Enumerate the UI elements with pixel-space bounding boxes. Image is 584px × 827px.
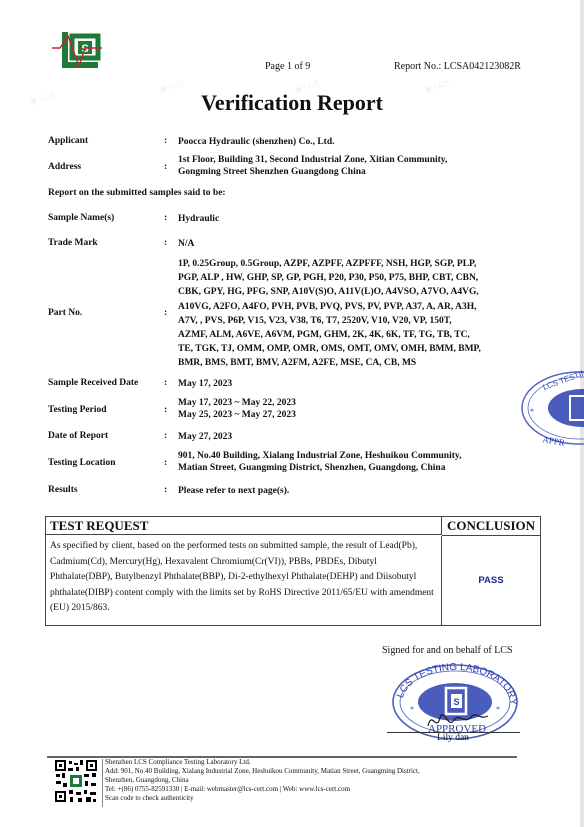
lcs-logo-icon: S bbox=[52, 30, 102, 72]
colon: : bbox=[164, 431, 167, 441]
sample-name-label: Sample Name(s) bbox=[48, 213, 114, 223]
qr-code-icon[interactable] bbox=[54, 759, 98, 803]
testing-location-line: Matian Street, Guangming District, Shenz… bbox=[178, 462, 462, 474]
svg-text:APPR: APPR bbox=[542, 434, 566, 448]
part-no-line: BMR, BMS, BMT, BMV, A2FM, A2FE, MSE, CA,… bbox=[178, 356, 481, 370]
footer-scan: Scan code to check authenticity bbox=[105, 794, 420, 803]
colon: : bbox=[164, 378, 167, 388]
applicant-value: Poocca Hydraulic (shenzhen) Co., Ltd. bbox=[178, 136, 334, 148]
colon: : bbox=[164, 213, 167, 223]
report-number: Report No.: LCSA042123082R bbox=[394, 61, 521, 72]
part-no-line: TE, TGK, TJ, OMM, OMP, OMR, OMS, OMT, OM… bbox=[178, 342, 481, 356]
svg-text:LCS TESTING: LCS TESTING bbox=[542, 368, 584, 392]
part-no-line: A10VG, A2FO, A4FO, PVH, PVB, PVQ, PVS, P… bbox=[178, 300, 481, 314]
svg-text:S: S bbox=[453, 697, 459, 707]
report-page: ▣ LCS ▣ LCS ▣ LCS ▣ LCS S Page 1 of 9 Re… bbox=[0, 0, 584, 827]
results-value: Please refer to next page(s). bbox=[178, 485, 289, 497]
sample-received-label: Sample Received Date bbox=[48, 378, 138, 388]
colon: : bbox=[164, 405, 167, 415]
test-request-header: TEST REQUEST bbox=[46, 517, 442, 535]
page-number: Page 1 of 9 bbox=[265, 61, 310, 72]
applicant-label: Applicant bbox=[48, 136, 88, 146]
testing-location-label: Testing Location bbox=[48, 458, 115, 468]
test-request-text: As specified by client, based on the per… bbox=[46, 536, 442, 625]
colon: : bbox=[164, 308, 167, 318]
part-no-line: CBK, GPY, HG, PFG, SNP, A10V(S)O, A11V(L… bbox=[178, 285, 481, 299]
svg-text:*: * bbox=[496, 705, 500, 714]
approved-stamp-icon: LCS TESTING * APPR bbox=[518, 368, 584, 448]
part-no-value: 1P, 0.25Group, 0.5Group, AZPF, AZPFF, AZ… bbox=[178, 257, 481, 371]
testing-period-line: May 17, 2023 ~ May 22, 2023 bbox=[178, 397, 296, 409]
footer-separator bbox=[102, 759, 103, 807]
testing-period-line: May 25, 2023 ~ May 27, 2023 bbox=[178, 409, 296, 421]
part-no-line: AZMF, ALM, A6VE, A6VM, PGM, GHM, 2K, 4K,… bbox=[178, 328, 481, 342]
report-number-value: LCSA042123082R bbox=[444, 61, 521, 72]
testing-location-line: 901, No.40 Building, Xialang Industrial … bbox=[178, 450, 462, 462]
part-no-label: Part No. bbox=[48, 308, 82, 318]
footer-contact: Tel: +(86) 0755-82591330 | E-mail: webma… bbox=[105, 785, 420, 794]
address-line: Gongming Street Shenzhen Guangdong China bbox=[178, 166, 447, 178]
trade-mark-value: N/A bbox=[178, 238, 194, 250]
address-label: Address bbox=[48, 162, 81, 172]
results-label: Results bbox=[48, 485, 78, 495]
sample-name-value: Hydraulic bbox=[178, 213, 219, 225]
colon: : bbox=[164, 485, 167, 495]
colon: : bbox=[164, 458, 167, 468]
part-no-line: PGP, ALP , HW, GHP, SP, GP, PGH, P20, P3… bbox=[178, 271, 481, 285]
lcs-approved-stamp-icon: S LCS TESTING LABORATORY * * APPROVED bbox=[388, 660, 523, 740]
date-of-report-label: Date of Report bbox=[48, 431, 108, 441]
conclusion-value: PASS bbox=[442, 536, 540, 625]
conclusion-header: CONCLUSION bbox=[442, 517, 540, 536]
page-title: Verification Report bbox=[0, 90, 584, 116]
testing-period-label: Testing Period bbox=[48, 405, 107, 415]
testing-location-value: 901, No.40 Building, Xialang Industrial … bbox=[178, 450, 462, 474]
report-number-label: Report No.: bbox=[394, 61, 441, 72]
date-of-report-value: May 27, 2023 bbox=[178, 431, 232, 443]
footer-company: Shenzhen LCS Compliance Testing Laborato… bbox=[105, 758, 420, 767]
testing-period-value: May 17, 2023 ~ May 22, 2023 May 25, 2023… bbox=[178, 397, 296, 421]
sample-received-value: May 17, 2023 bbox=[178, 378, 232, 390]
footer-address-1: Add: 901, No.40 Building, Xialang Indust… bbox=[105, 767, 420, 776]
footer-text: Shenzhen LCS Compliance Testing Laborato… bbox=[105, 758, 420, 803]
report-on-heading: Report on the submitted samples said to … bbox=[48, 188, 226, 198]
colon: : bbox=[164, 162, 167, 172]
part-no-line: A7V, , PVS, P6P, V15, V23, V38, T6, T7, … bbox=[178, 314, 481, 328]
colon: : bbox=[164, 136, 167, 146]
address-line: 1st Floor, Building 31, Second Industria… bbox=[178, 154, 447, 166]
signer-name: Lily dan bbox=[437, 733, 469, 743]
footer-address-2: Shenzhen, Guangdong, China bbox=[105, 776, 420, 785]
trade-mark-label: Trade Mark bbox=[48, 238, 98, 248]
address-value: 1st Floor, Building 31, Second Industria… bbox=[178, 154, 447, 178]
signed-for-text: Signed for and on behalf of LCS bbox=[382, 645, 513, 656]
svg-text:*: * bbox=[410, 705, 414, 714]
colon: : bbox=[164, 238, 167, 248]
part-no-line: 1P, 0.25Group, 0.5Group, AZPF, AZPFF, AZ… bbox=[178, 257, 481, 271]
svg-text:*: * bbox=[530, 407, 534, 416]
test-request-table: TEST REQUEST CONCLUSION As specified by … bbox=[45, 516, 541, 626]
